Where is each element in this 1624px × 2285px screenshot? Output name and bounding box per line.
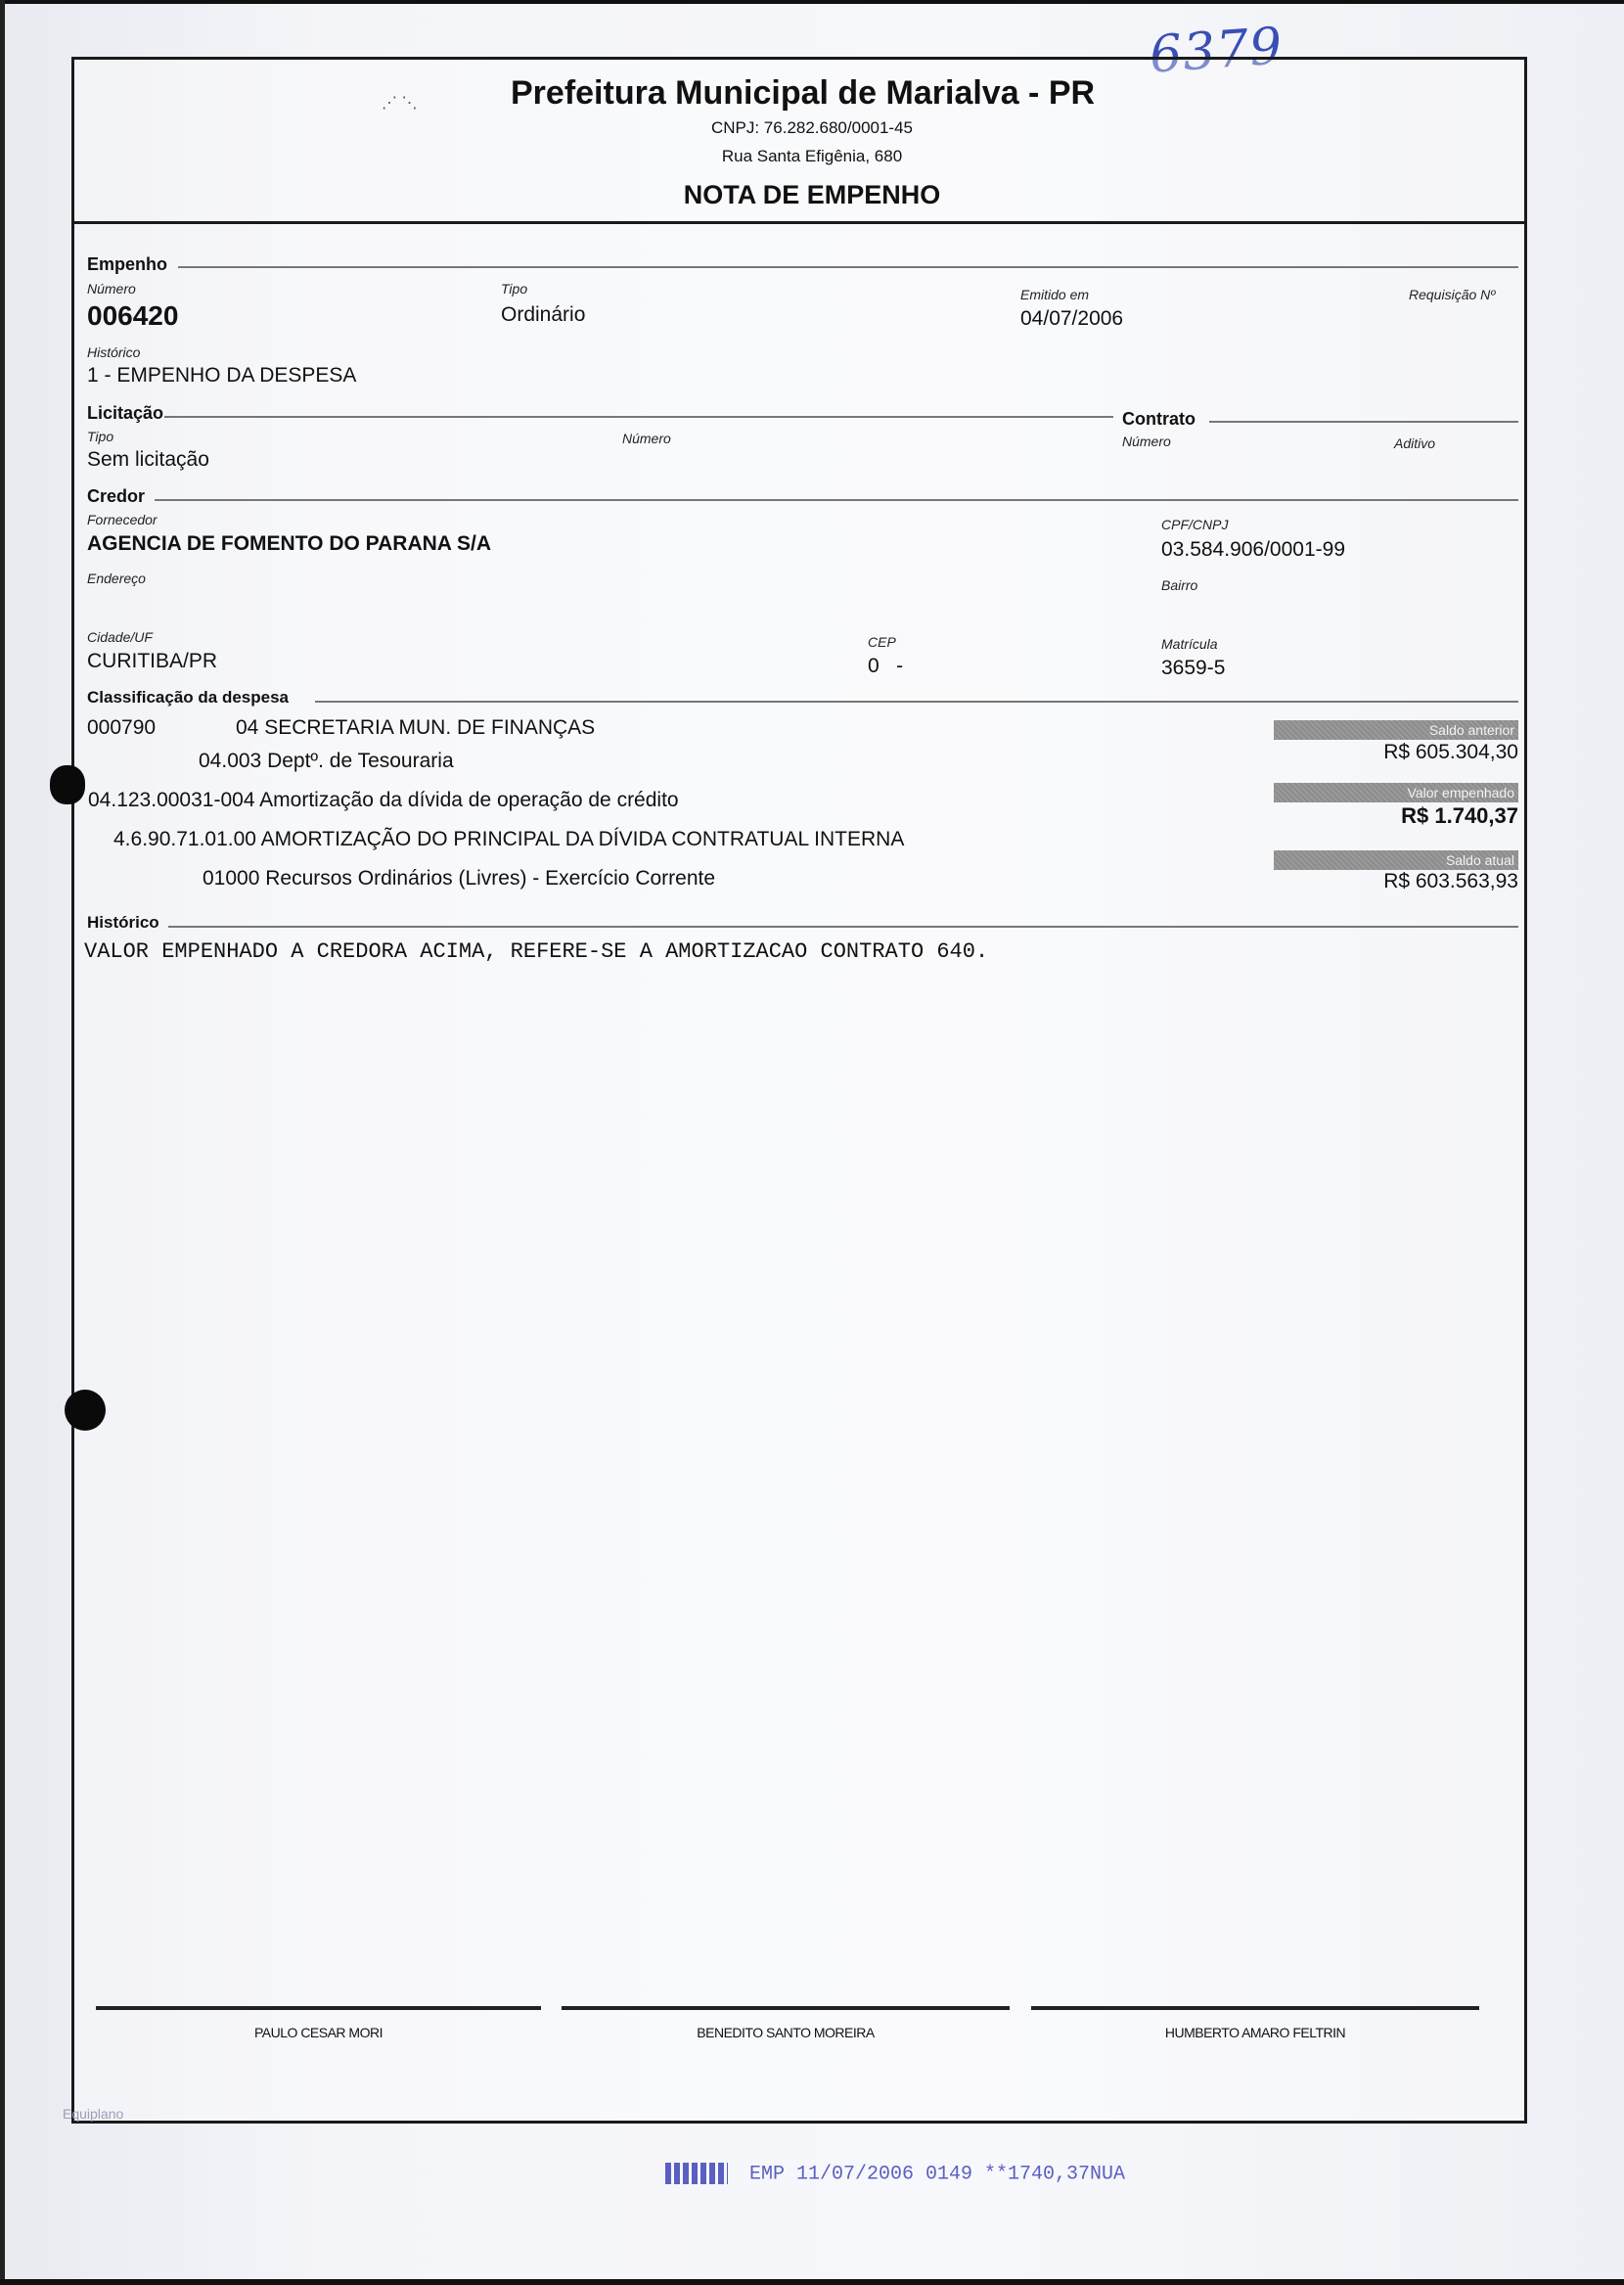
scan-edge-top [0, 0, 1624, 4]
fornecedor: AGENCIA DE FOMENTO DO PARANA S/A [87, 532, 491, 556]
section-licitacao: Licitação [87, 403, 163, 424]
contrato-aditivo-label: Aditivo [1394, 435, 1435, 451]
contrato-numero-label: Número [1122, 434, 1171, 449]
empenho-historico-label: Histórico [87, 344, 140, 360]
stamp-text: EMP 11/07/2006 0149 **1740,37NUA [749, 2163, 1125, 2185]
coat-of-arms-icon: ⋰ ⋱ [382, 93, 417, 113]
saldo-anterior-label: Saldo anterior [1274, 720, 1518, 740]
signature-line [562, 2006, 1010, 2010]
scan-edge-left [0, 0, 5, 2285]
empenho-numero: 006420 [87, 300, 178, 332]
empenho-historico: 1 - EMPENHO DA DESPESA [87, 364, 356, 388]
valor-empenhado: R$ 1.740,37 [1401, 803, 1518, 829]
municipality-cnpj: CNPJ: 76.282.680/0001-45 [0, 118, 1624, 138]
bank-stamp: EMP 11/07/2006 0149 **1740,37NUA [665, 2163, 1125, 2185]
software-brand: Equiplano [63, 2106, 123, 2122]
orgao: 04 SECRETARIA MUN. DE FINANÇAS [236, 716, 595, 740]
punch-hole [50, 765, 85, 804]
historico-text: VALOR EMPENHADO A CREDORA ACIMA, REFERE-… [84, 939, 988, 964]
section-rule [164, 416, 1113, 418]
empenho-tipo: Ordinário [501, 303, 585, 327]
cidade: CURITIBA/PR [87, 650, 217, 673]
saldo-anterior: R$ 605.304,30 [1383, 741, 1518, 764]
licitacao-numero-label: Número [622, 431, 671, 446]
fonte-recurso: 01000 Recursos Ordinários (Livres) - Exe… [203, 867, 715, 891]
licitacao-tipo-label: Tipo [87, 429, 113, 444]
municipality-title: Prefeitura Municipal de Marialva - PR [511, 74, 1095, 113]
header-divider [71, 221, 1527, 224]
section-historico: Histórico [87, 913, 159, 933]
emitido-em-label: Emitido em [1020, 287, 1089, 302]
section-rule [168, 926, 1518, 928]
cpf-cnpj-label: CPF/CNPJ [1161, 517, 1228, 532]
bank-logo-icon [665, 2163, 728, 2184]
dotacao-code: 000790 [87, 716, 156, 740]
saldo-atual: R$ 603.563,93 [1383, 870, 1518, 893]
signatory-3: HUMBERTO AMARO FELTRIN [1031, 2025, 1479, 2040]
signature-line [1031, 2006, 1479, 2010]
endereco-label: Endereço [87, 571, 146, 586]
section-credor: Credor [87, 486, 145, 507]
matricula: 3659-5 [1161, 657, 1225, 680]
section-empenho: Empenho [87, 254, 167, 275]
unidade: 04.003 Deptº. de Tesouraria [199, 750, 454, 773]
empenho-tipo-label: Tipo [501, 281, 527, 297]
cpf-cnpj: 03.584.906/0001-99 [1161, 538, 1345, 562]
empenho-numero-label: Número [87, 281, 136, 297]
saldo-atual-label: Saldo atual [1274, 850, 1518, 870]
valor-empenhado-label: Valor empenhado [1274, 783, 1518, 802]
municipality-address: Rua Santa Efigênia, 680 [0, 147, 1624, 166]
section-rule [178, 266, 1518, 268]
matricula-label: Matrícula [1161, 636, 1218, 652]
requisicao-label: Requisição Nº [1409, 287, 1495, 302]
signatory-1: PAULO CESAR MORI [96, 2025, 541, 2040]
document-title: NOTA DE EMPENHO [0, 180, 1624, 210]
emitido-em: 04/07/2006 [1020, 307, 1123, 331]
section-contrato: Contrato [1122, 409, 1195, 430]
signature-line [96, 2006, 541, 2010]
bairro-label: Bairro [1161, 577, 1197, 593]
section-rule [155, 499, 1518, 501]
elemento-despesa: 4.6.90.71.01.00 AMORTIZAÇÃO DO PRINCIPAL… [113, 828, 904, 851]
cep: 0 - [868, 655, 903, 678]
scan-edge-bottom [0, 2279, 1624, 2285]
punch-hole [65, 1390, 106, 1431]
fornecedor-label: Fornecedor [87, 512, 158, 527]
funcional-programatica: 04.123.00031-004 Amortização da dívida d… [88, 789, 679, 812]
section-classificacao: Classificação da despesa [87, 688, 289, 708]
signatory-2: BENEDITO SANTO MOREIRA [562, 2025, 1010, 2040]
cep-label: CEP [868, 634, 896, 650]
section-rule [315, 701, 1518, 703]
cidade-label: Cidade/UF [87, 629, 153, 645]
section-rule [1209, 421, 1518, 423]
licitacao-tipo: Sem licitação [87, 448, 209, 472]
